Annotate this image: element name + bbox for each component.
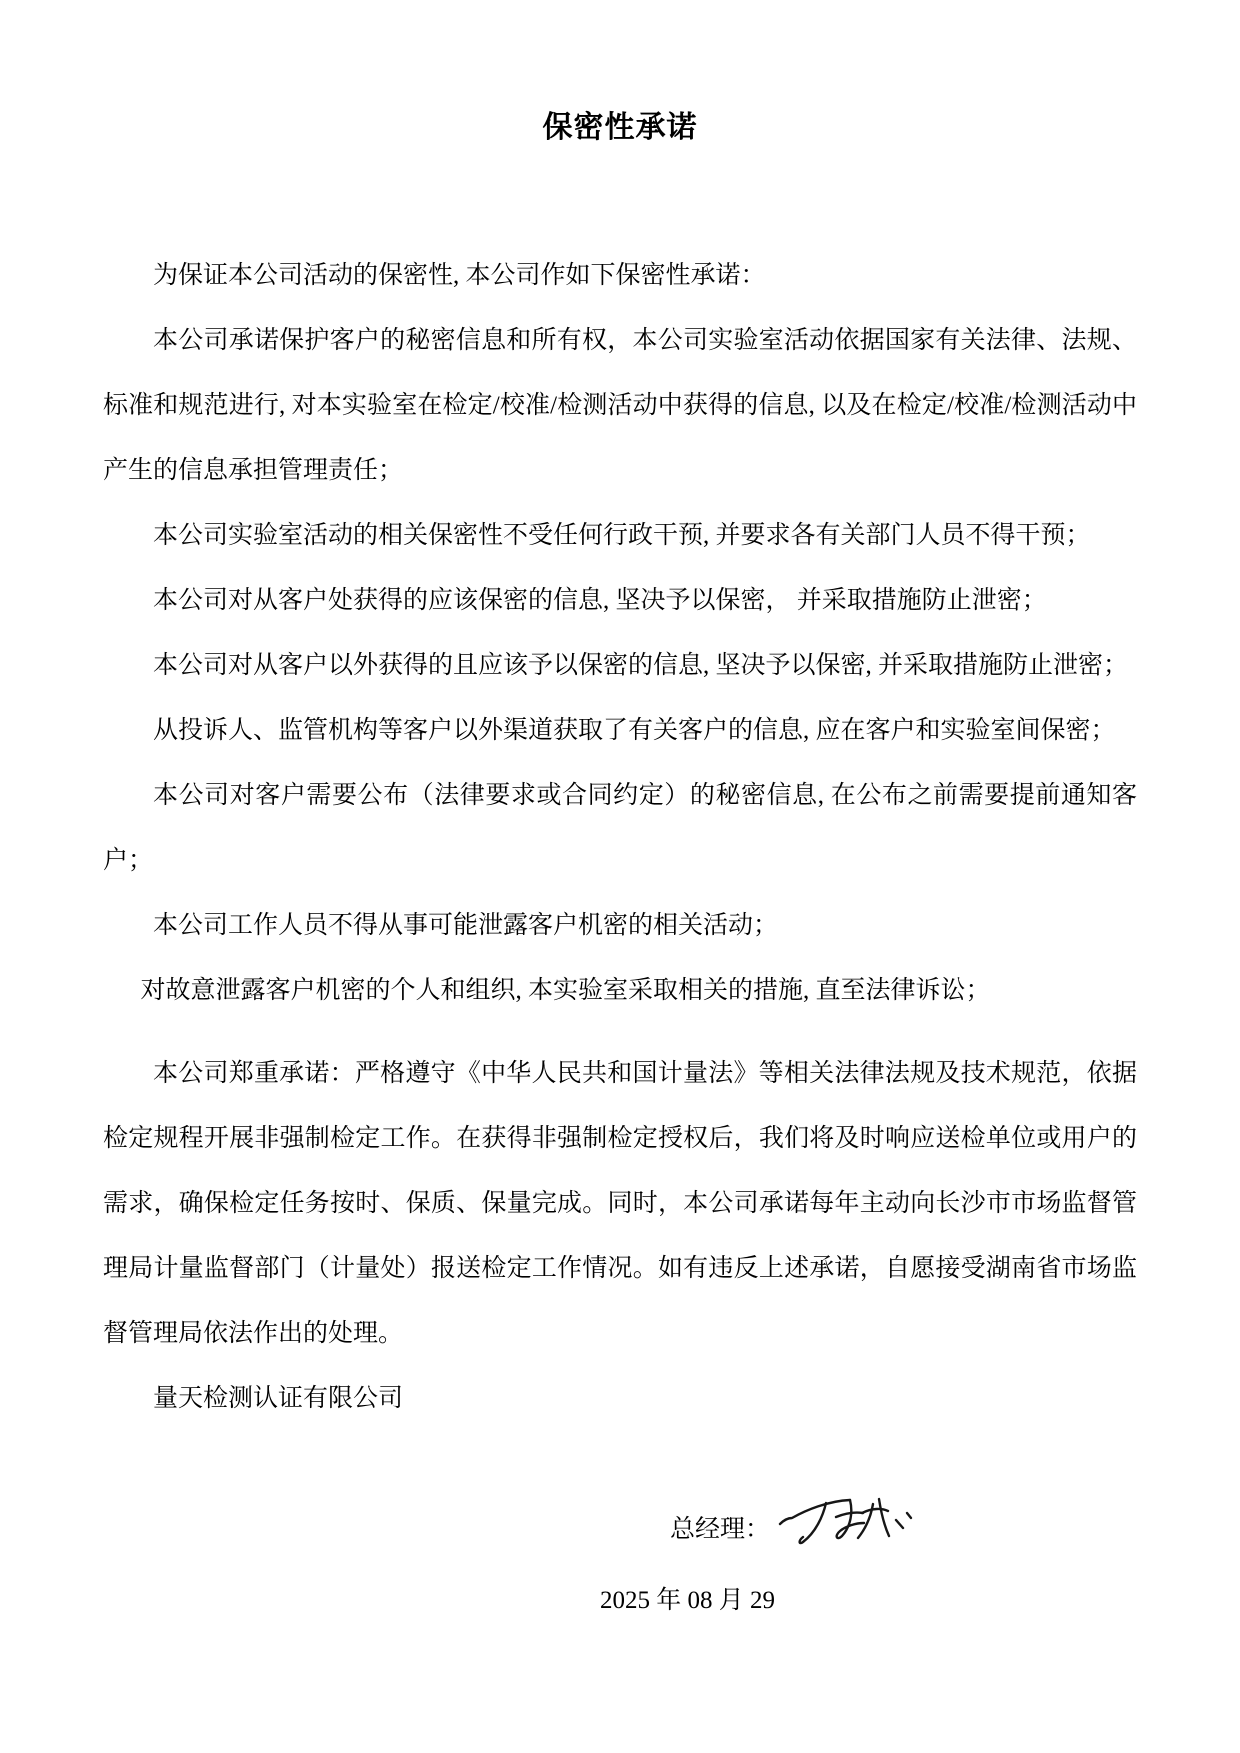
paragraph-disclosure-notice: 本公司对客户需要公布（法律要求或合同约定）的秘密信息, 在公布之前需要提前通知客…	[103, 763, 1137, 893]
paragraph-no-admin-interference: 本公司实验室活动的相关保密性不受任何行政干预, 并要求各有关部门人员不得干预；	[103, 503, 1137, 568]
handwritten-signature	[776, 1490, 916, 1550]
paragraph-staff-restriction: 本公司工作人员不得从事可能泄露客户机密的相关活动；	[103, 893, 1137, 958]
paragraph-commitment-scope: 本公司承诺保护客户的秘密信息和所有权，本公司实验室活动依据国家有关法律、法规、标…	[103, 308, 1137, 503]
paragraph-client-info-confidential: 本公司对从客户处获得的应该保密的信息, 坚决予以保密， 并采取措施防止泄密；	[103, 568, 1137, 633]
signature-date: 2025 年 08 月 29	[600, 1568, 1137, 1633]
paragraph-legal-action: 对故意泄露客户机密的个人和组织, 本实验室采取相关的措施, 直至法律诉讼；	[103, 958, 1137, 1023]
company-name: 量天检测认证有限公司	[103, 1366, 1137, 1431]
document-body: 为保证本公司活动的保密性, 本公司作如下保密性承诺： 本公司承诺保护客户的秘密信…	[103, 243, 1137, 1431]
document-page: 保密性承诺 为保证本公司活动的保密性, 本公司作如下保密性承诺： 本公司承诺保护…	[0, 0, 1240, 1753]
signature-block: 总经理：	[670, 1495, 1137, 1560]
signature-label: 总经理：	[670, 1516, 770, 1543]
paragraph-solemn-commitment: 本公司郑重承诺：严格遵守《中华人民共和国计量法》等相关法律法规及技术规范，依据检…	[103, 1041, 1137, 1366]
document-title: 保密性承诺	[103, 108, 1137, 148]
paragraph-third-party-channels: 从投诉人、监管机构等客户以外渠道获取了有关客户的信息, 应在客户和实验室间保密；	[103, 698, 1137, 763]
paragraph-external-info-confidential: 本公司对从客户以外获得的且应该予以保密的信息, 坚决予以保密, 并采取措施防止泄…	[103, 633, 1137, 698]
paragraph-intro: 为保证本公司活动的保密性, 本公司作如下保密性承诺：	[103, 243, 1137, 308]
